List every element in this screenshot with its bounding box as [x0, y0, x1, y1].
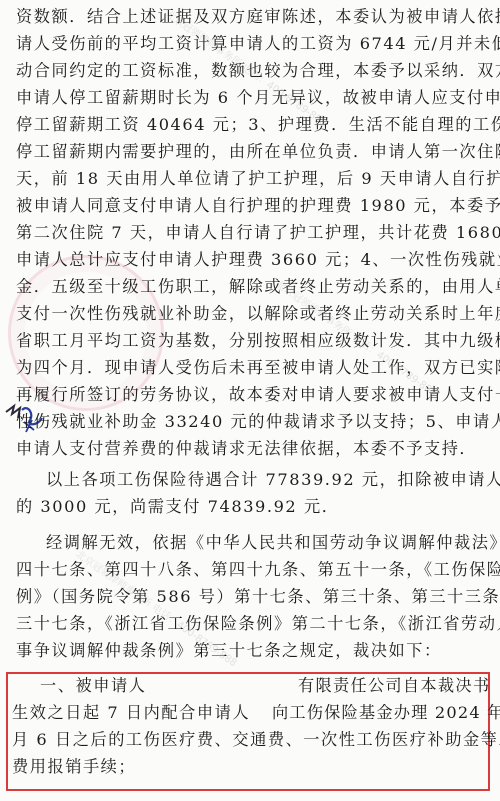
text-line: 申请人支付营养费的仲裁请求无法律依据，本委不予支持． — [16, 435, 492, 462]
text-line: 性伤残就业补助金 33240 元的仲裁请求予以支持；5、申请人要求被 — [16, 408, 492, 435]
text-line: 动合同约定的工资标准，数额也较为合理，本委予以采纳．双方对 — [16, 57, 492, 84]
text-line: 三十七条，《浙江省工伤保险条例》第二十七条，《浙江省劳动人 — [16, 610, 492, 637]
ruling-line-3: 月 6 日之后的工伤医疗费、交通费、一次性工伤医疗补助金等工伤 — [12, 726, 492, 753]
text-line: 事争议调解仲裁条例》第三十七条之规定，裁决如下： — [16, 637, 492, 664]
text-line: 以上各项工伤保险待遇合计 77839.92 元，扣除被申请人已支付 — [46, 466, 492, 493]
text-line: 为四个月．现申请人受伤后未再至被申请人处工作，双方已实际不 — [16, 354, 492, 381]
text-line: 停工留薪期内需要护理的，由所在单位负责．申请人第一次住院 27 — [16, 138, 492, 165]
text-line: 经调解无效，依据《中华人民共和国劳动争议调解仲裁法》第 — [46, 529, 492, 556]
text-line: 第二次住院 7 天，申请人自行请了护工护理，共计花费 1680 元，被 — [16, 219, 492, 246]
text-line: 再履行所签订的劳务协议，故本委对申请人要求被申请人支付一次 — [16, 381, 492, 408]
text-line: 申请人停工留薪期时长为 6 个月无异议，故被申请人应支付申请人 — [16, 84, 492, 111]
text-line: 金．五级至十级工伤职工，解除或者终止劳动关系的，由用人单位 — [16, 273, 492, 300]
text-line: 资数额．结合上述证据及双方庭审陈述，本委认为被申请人依据申 — [16, 3, 492, 30]
ruling-line-2-right: 向工伤保险基金办理 2024 年 8 — [272, 699, 492, 726]
text-line: 请人受伤前的平均工资计算申请人的工资为 6744 元/月并未低于劳 — [16, 30, 492, 57]
text-line: 被申请人同意支付申请人自行护理的护理费 1980 元，本委予以确认． — [16, 192, 492, 219]
text-line: 天，前 18 天由用人单位请了护工护理，后 9 天申请人自行护理，现 — [16, 165, 492, 192]
text-line: 停工留薪期工资 40464 元；3、护理费．生活不能自理的工伤职工在 — [16, 111, 492, 138]
text-line: 支付一次性伤残就业补助金，以解除或者终止劳动关系时上年度全 — [16, 300, 492, 327]
text-line: 的 3000 元，尚需支付 74839.92 元． — [16, 493, 492, 520]
ruling-line-1-right: 有限责任公司自本裁决书 — [298, 672, 492, 699]
text-line: 四十七条、第四十八条、第四十九条、第五十一条，《工伤保险条 — [16, 556, 492, 583]
text-line: 例》（国务院令第 586 号）第十七条、第三十条、第三十三条、第 — [16, 583, 492, 610]
ruling-line-1-left: 一、被申请人 — [40, 672, 196, 699]
text-line: 省职工月平均工资为基数，分别按照相应级数计发．其中九级标准 — [16, 327, 492, 354]
text-line: 申请人总计应支付申请人护理费 3660 元；4、一次性伤残就业补助 — [16, 246, 492, 273]
ruling-line-2-left: 生效之日起 7 日内配合申请人 — [12, 699, 242, 726]
ruling-line-4: 费用报销手续； — [12, 753, 488, 780]
document-page: 资数额．结合上述证据及双方庭审陈述，本委认为被申请人依据申 请人受伤前的平均工资… — [0, 0, 500, 801]
